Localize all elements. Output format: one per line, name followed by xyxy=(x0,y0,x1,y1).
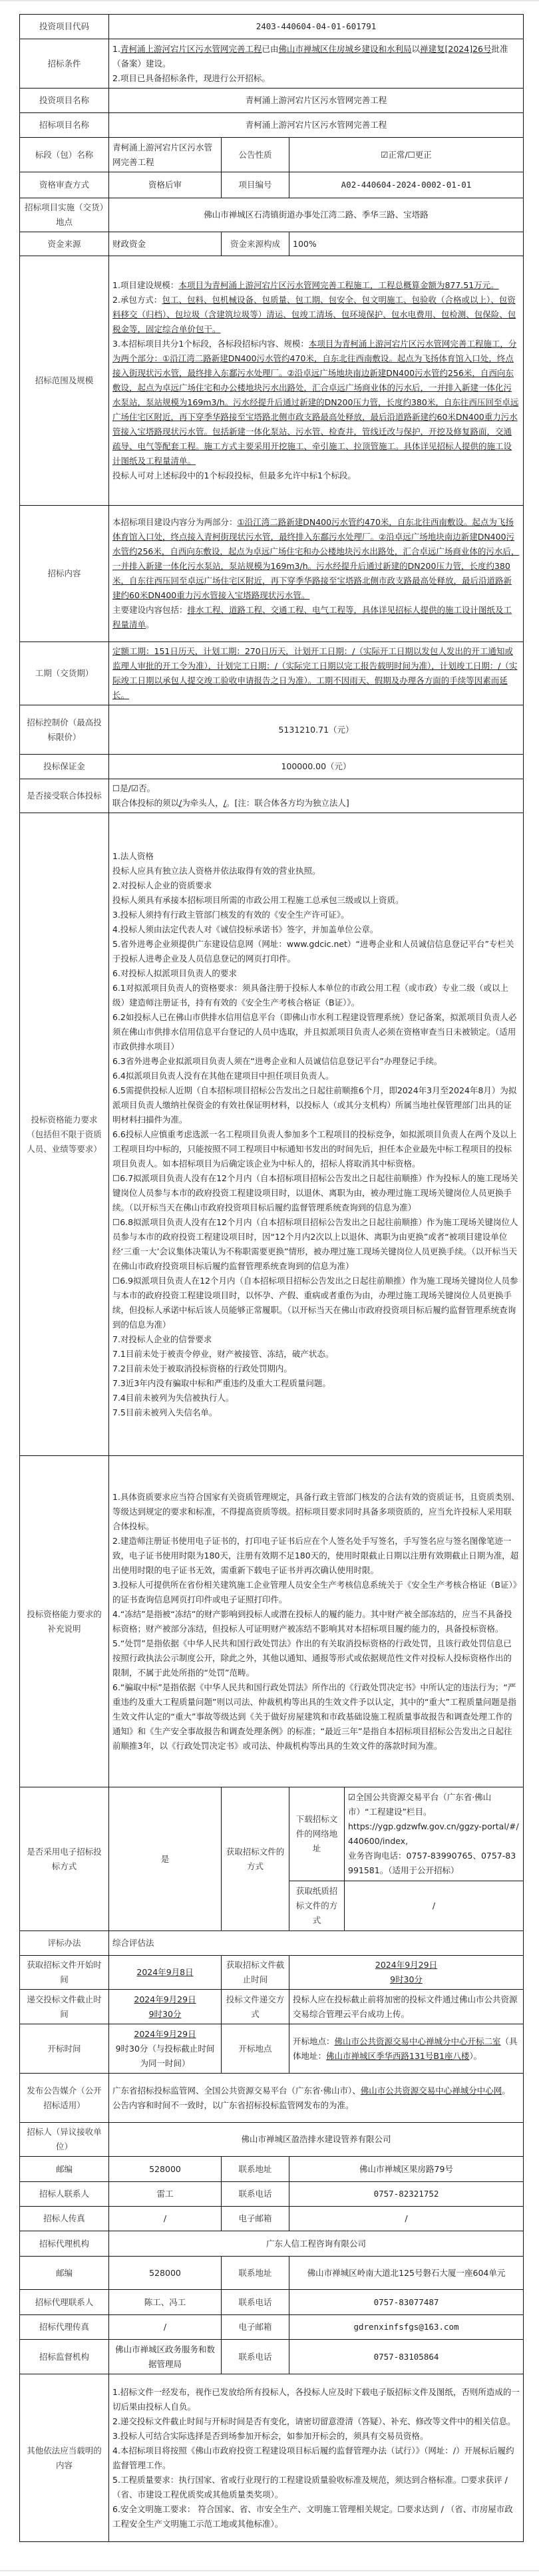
tenderer-label: 招标人（异议接收单位） xyxy=(20,2123,109,2157)
tenderer-zip-label: 邮编 xyxy=(20,2157,109,2182)
row-section: 标段（包）名称 青柯涌上游河宕片区污水管网完善工程 公告性质 ☑正常/☐更正 xyxy=(20,138,524,172)
project-number-value: A02-440604-2024-0002-01-01 xyxy=(289,172,524,198)
paper-method-label: 获取纸质招标文件的方式 xyxy=(289,1881,345,1931)
control-price-label: 招标控制价（最高投标限价） xyxy=(20,705,109,755)
tender-conditions-value: 1.青柯涌上游河宕片区污水管网完善工程已由佛山市禅城区住房城乡建设和水利局以禅建… xyxy=(109,39,524,89)
agency-label: 招标代理机构 xyxy=(20,2231,109,2257)
notice-nature-label: 公告性质 xyxy=(222,138,289,172)
tenderer-contact-value: 雷工 xyxy=(109,2182,222,2207)
scope-label: 招标范围及规模 xyxy=(20,256,109,506)
row-funding: 资金来源 财政资金 资金来源构成 100% xyxy=(20,232,524,256)
agency-fax-label: 招标代理传真 xyxy=(20,2315,109,2340)
agency-zip-label: 邮编 xyxy=(20,2257,109,2290)
row-qualification: 资格审查方式 资格后审 项目编号 A02-440604-2024-0002-01… xyxy=(20,172,524,198)
download-address-value: ☑全国公共资源交易平台（广东省·佛山市）“工程建设”栏目。 https://yg… xyxy=(345,1787,524,1881)
download-address-label: 下载招标文件的网络地址 xyxy=(289,1787,345,1881)
content-value: 本招标项目建设内容分为两部分：①沿江湾二路新建DN400污水管约470米，自东北… xyxy=(109,506,524,642)
obtain-start-value: 2024年9月8日 xyxy=(109,1956,222,1990)
media-value: 广东省招标投标监管网、全国公共资源交易平台（广东省·佛山市）、佛山市公共资源交易… xyxy=(109,2074,524,2123)
tender-conditions-label: 招标条件 xyxy=(20,39,109,89)
row-tender-name: 招标项目名称 青柯涌上游河宕片区污水管网完善工程 xyxy=(20,113,524,138)
tenderer-address-value: 佛山市禅城区果房路79号 xyxy=(289,2157,524,2182)
agency-contact-value: 陈工、冯工 xyxy=(109,2290,222,2315)
row-investment-name: 投资项目名称 青柯涌上游河宕片区污水管网完善工程 xyxy=(20,89,524,113)
row-control-price: 招标控制价（最高投标限价） 5131210.71（元） xyxy=(20,705,524,755)
investment-name-label: 投资项目名称 xyxy=(20,89,109,113)
deposit-label: 投标保证金 xyxy=(20,755,109,779)
row-deposit: 投标保证金 100000.00（元） xyxy=(20,755,524,779)
duration-label: 工期（交货期） xyxy=(20,642,109,705)
submit-method-value: 投标人应在投标截止前将加密的投标文件通过佛山市公共资源交易综合管理云平台成功上传… xyxy=(289,1990,524,2024)
agency-zip-value: 528000 xyxy=(109,2257,222,2290)
tenderer-email-value: / xyxy=(289,2207,524,2231)
submit-deadline-label: 递交投标文件截止时间 xyxy=(20,1990,109,2024)
row-evaluation: 评标办法 综合评估法 xyxy=(20,1931,524,1956)
agency-phone-label: 联系电话 xyxy=(222,2290,289,2315)
row-tenderer-zip: 邮编 528000 联系地址 佛山市禅城区果房路79号 xyxy=(20,2157,524,2182)
consortium-value: ☐是/☑否。 联合体投标的须以/为牵头人，/。[注：联合体各方均为独立法人] xyxy=(109,779,524,813)
scope-value: 1.项目建设规模：本项目为青柯涌上游河宕片区污水管网完善工程施工，工程总概算金额… xyxy=(109,256,524,506)
agency-phone-value: 0757-83077487 xyxy=(289,2290,524,2315)
tenderer-email-label: 电子邮箱 xyxy=(222,2207,289,2231)
qualification-value: 资格后审 xyxy=(109,172,222,198)
duration-value: 定额工期：151日历天，计划工期：270日历天，计划开工日期：/（实际开工日期以… xyxy=(109,642,524,705)
paper-method-value: / xyxy=(345,1881,524,1931)
row-duration: 工期（交货期） 定额工期：151日历天，计划工期：270日历天，计划开工日期：/… xyxy=(20,642,524,705)
row-tenderer: 招标人（异议接收单位） 佛山市禅城区盈浩排水建设管养有限公司 xyxy=(20,2123,524,2157)
row-obtain-time: 获取招标文件开始时间 2024年9月8日 获取招标文件截止时间 2024年9月2… xyxy=(20,1956,524,1990)
evaluation-value: 综合评估法 xyxy=(109,1931,524,1956)
row-agency-zip: 邮编 528000 联系地址 佛山市禅城区岭南大道北125号磐石大厦一座604单… xyxy=(20,2257,524,2290)
project-code-value: 2403-440604-04-01-601791 xyxy=(109,15,524,39)
opening-place-label: 开标地点 xyxy=(222,2024,289,2074)
other-value: 1.招标文件一经发布，视作已发放给所有投标人，各投标人应及时下载电子版招标文件及… xyxy=(109,2374,524,2542)
investment-name-value: 青柯涌上游河宕片区污水管网完善工程 xyxy=(109,89,524,113)
agency-email-link[interactable]: gdrenxinfsfgs@163.com xyxy=(289,2315,524,2340)
funding-composition-label: 资金来源构成 xyxy=(222,232,289,256)
electronic-label: 是否采用电子招标投标方式 xyxy=(20,1787,109,1931)
other-label: 其他依法应当载明的内容 xyxy=(20,2374,109,2542)
row-agency: 招标代理机构 广东人信工程咨询有限公司 xyxy=(20,2231,524,2257)
row-location: 招标项目实施（交货）地点 佛山市禅城区石湾镇街道办事处江湾二路、季华三路、宝塔路 xyxy=(20,198,524,232)
project-number-label: 项目编号 xyxy=(222,172,289,198)
supervisor-phone-label: 联系电话 xyxy=(222,2340,289,2374)
agency-fax-value: / xyxy=(109,2315,222,2340)
row-other: 其他依法应当载明的内容 1.招标文件一经发布，视作已发放给所有投标人，各投标人应… xyxy=(20,2374,524,2542)
qualification-label: 资格审查方式 xyxy=(20,172,109,198)
supervisor-label: 招标监督机构 xyxy=(20,2340,109,2374)
requirements-label: 投标资格能力要求（包括但不限于资质人员、业绩等要求） xyxy=(20,813,109,1456)
content-label: 招标内容 xyxy=(20,506,109,642)
tenderer-contact-label: 招标人联系人 xyxy=(20,2182,109,2207)
row-tender-conditions: 招标条件 1.青柯涌上游河宕片区污水管网完善工程已由佛山市禅城区住房城乡建设和水… xyxy=(20,39,524,89)
obtain-end-value: 2024年9月29日 9时30分 xyxy=(289,1956,524,1990)
row-media: 发布公告媒介（公开招标适用） 广东省招标投标监管网、全国公共资源交易平台（广东省… xyxy=(20,2074,524,2123)
funding-value: 财政资金 xyxy=(109,232,222,256)
electronic-value: 是 xyxy=(109,1787,222,1931)
media-label: 发布公告媒介（公开招标适用） xyxy=(20,2074,109,2123)
consortium-label: 是否接受联合体投标 xyxy=(20,779,109,813)
evaluation-label: 评标办法 xyxy=(20,1931,109,1956)
opening-time-label: 开标时间 xyxy=(20,2024,109,2074)
obtain-end-label: 获取招标文件截止时间 xyxy=(222,1956,289,1990)
supervisor-value: 佛山市禅城区政务服务和数据管理局 xyxy=(109,2340,222,2374)
location-value: 佛山市禅城区石湾镇街道办事处江湾二路、季华三路、宝塔路 xyxy=(109,198,524,232)
row-scope: 招标范围及规模 1.项目建设规模：本项目为青柯涌上游河宕片区污水管网完善工程施工… xyxy=(20,256,524,506)
bottom-divider xyxy=(0,2570,539,2571)
row-tenderer-contact: 招标人联系人 雷工 联系电话 0757-82321752 xyxy=(20,2182,524,2207)
submit-deadline-value: 2024年9月29日 9时30分 xyxy=(109,1990,222,2024)
row-requirements: 投标资格能力要求（包括但不限于资质人员、业绩等要求） 1.法人资格 投标人应具有… xyxy=(20,813,524,1456)
row-tenderer-fax: 招标人传真 / 电子邮箱 / xyxy=(20,2207,524,2231)
row-electronic-download: 是否采用电子招标投标方式 是 获取招标文件的方式 下载招标文件的网络地址 ☑全国… xyxy=(20,1787,524,1881)
top-divider xyxy=(0,0,539,1)
requirements-value: 1.法人资格 投标人应具有独立法人资格并依法取得有效的营业执照。 2.对投标人企… xyxy=(109,813,524,1456)
tender-name-label: 招标项目名称 xyxy=(20,113,109,138)
notice-nature-value: ☑正常/☐更正 xyxy=(289,138,524,172)
agency-value: 广东人信工程咨询有限公司 xyxy=(109,2231,524,2257)
control-price-value: 5131210.71（元） xyxy=(109,705,524,755)
tenderer-fax-label: 招标人传真 xyxy=(20,2207,109,2231)
row-consortium: 是否接受联合体投标 ☐是/☑否。 联合体投标的须以/为牵头人，/。[注：联合体各… xyxy=(20,779,524,813)
supervisor-phone-value: 0757-83105864 xyxy=(289,2340,524,2374)
funding-label: 资金来源 xyxy=(20,232,109,256)
row-project-code: 投资项目代码 2403-440604-04-01-601791 xyxy=(20,15,524,39)
project-code-label: 投资项目代码 xyxy=(20,15,109,39)
tenderer-phone-value: 0757-82321752 xyxy=(289,2182,524,2207)
row-opening: 开标时间 2024年9月29日 9时30分（与投标截止时间为同一时间） 开标地点… xyxy=(20,2024,524,2074)
tenderer-address-label: 联系地址 xyxy=(222,2157,289,2182)
deposit-value: 100000.00（元） xyxy=(109,755,524,779)
tenderer-fax-value: / xyxy=(109,2207,222,2231)
section-value: 青柯涌上游河宕片区污水管网完善工程 xyxy=(109,138,222,172)
supplement-label: 投标资格能力要求的补充说明 xyxy=(20,1456,109,1787)
obtain-start-label: 获取招标文件开始时间 xyxy=(20,1956,109,1990)
location-label: 招标项目实施（交货）地点 xyxy=(20,198,109,232)
tenderer-zip-value: 528000 xyxy=(109,2157,222,2182)
row-supplement: 投标资格能力要求的补充说明 1.具体资质要求应当符合国家有关资质管理规定，具备行… xyxy=(20,1456,524,1787)
download-url-link[interactable]: https://ygp.gdzwfw.gov.cn/ggzy-portal/#/… xyxy=(348,1819,520,1849)
tender-notice-table: 投资项目代码 2403-440604-04-01-601791 招标条件 1.青… xyxy=(19,14,524,2542)
row-content: 招标内容 本招标项目建设内容分为两部分：①沿江湾二路新建DN400污水管约470… xyxy=(20,506,524,642)
tenderer-value: 佛山市禅城区盈浩排水建设管养有限公司 xyxy=(109,2123,524,2157)
agency-email-label: 电子邮箱 xyxy=(222,2315,289,2340)
opening-time-value: 2024年9月29日 9时30分（与投标截止时间为同一时间） xyxy=(109,2024,222,2074)
agency-address-label: 联系地址 xyxy=(222,2257,289,2290)
supplement-value: 1.具体资质要求应当符合国家有关资质管理规定，具备行政主管部门核发的合法有效的资… xyxy=(109,1456,524,1787)
row-agency-fax: 招标代理传真 / 电子邮箱 gdrenxinfsfgs@163.com xyxy=(20,2315,524,2340)
opening-place-value: 开标地点：佛山市公共资源交易中心禅城分中心开标二室（具体地址：佛山市禅城区季华西… xyxy=(289,2024,524,2074)
row-supervisor: 招标监督机构 佛山市禅城区政务服务和数据管理局 联系电话 0757-831058… xyxy=(20,2340,524,2374)
section-label: 标段（包）名称 xyxy=(20,138,109,172)
tender-name-value: 青柯涌上游河宕片区污水管网完善工程 xyxy=(109,113,524,138)
funding-composition-value: 100% xyxy=(289,232,524,256)
agency-address-value: 佛山市禅城区岭南大道北125号磐石大厦一座604单元 xyxy=(289,2257,524,2290)
row-agency-contact: 招标代理联系人 陈工、冯工 联系电话 0757-83077487 xyxy=(20,2290,524,2315)
obtain-method-label: 获取招标文件的方式 xyxy=(222,1787,289,1931)
agency-contact-label: 招标代理联系人 xyxy=(20,2290,109,2315)
submit-method-label: 投标文件递交方式 xyxy=(222,1990,289,2024)
row-submit: 递交投标文件截止时间 2024年9月29日 9时30分 投标文件递交方式 投标人… xyxy=(20,1990,524,2024)
tenderer-phone-label: 联系电话 xyxy=(222,2182,289,2207)
